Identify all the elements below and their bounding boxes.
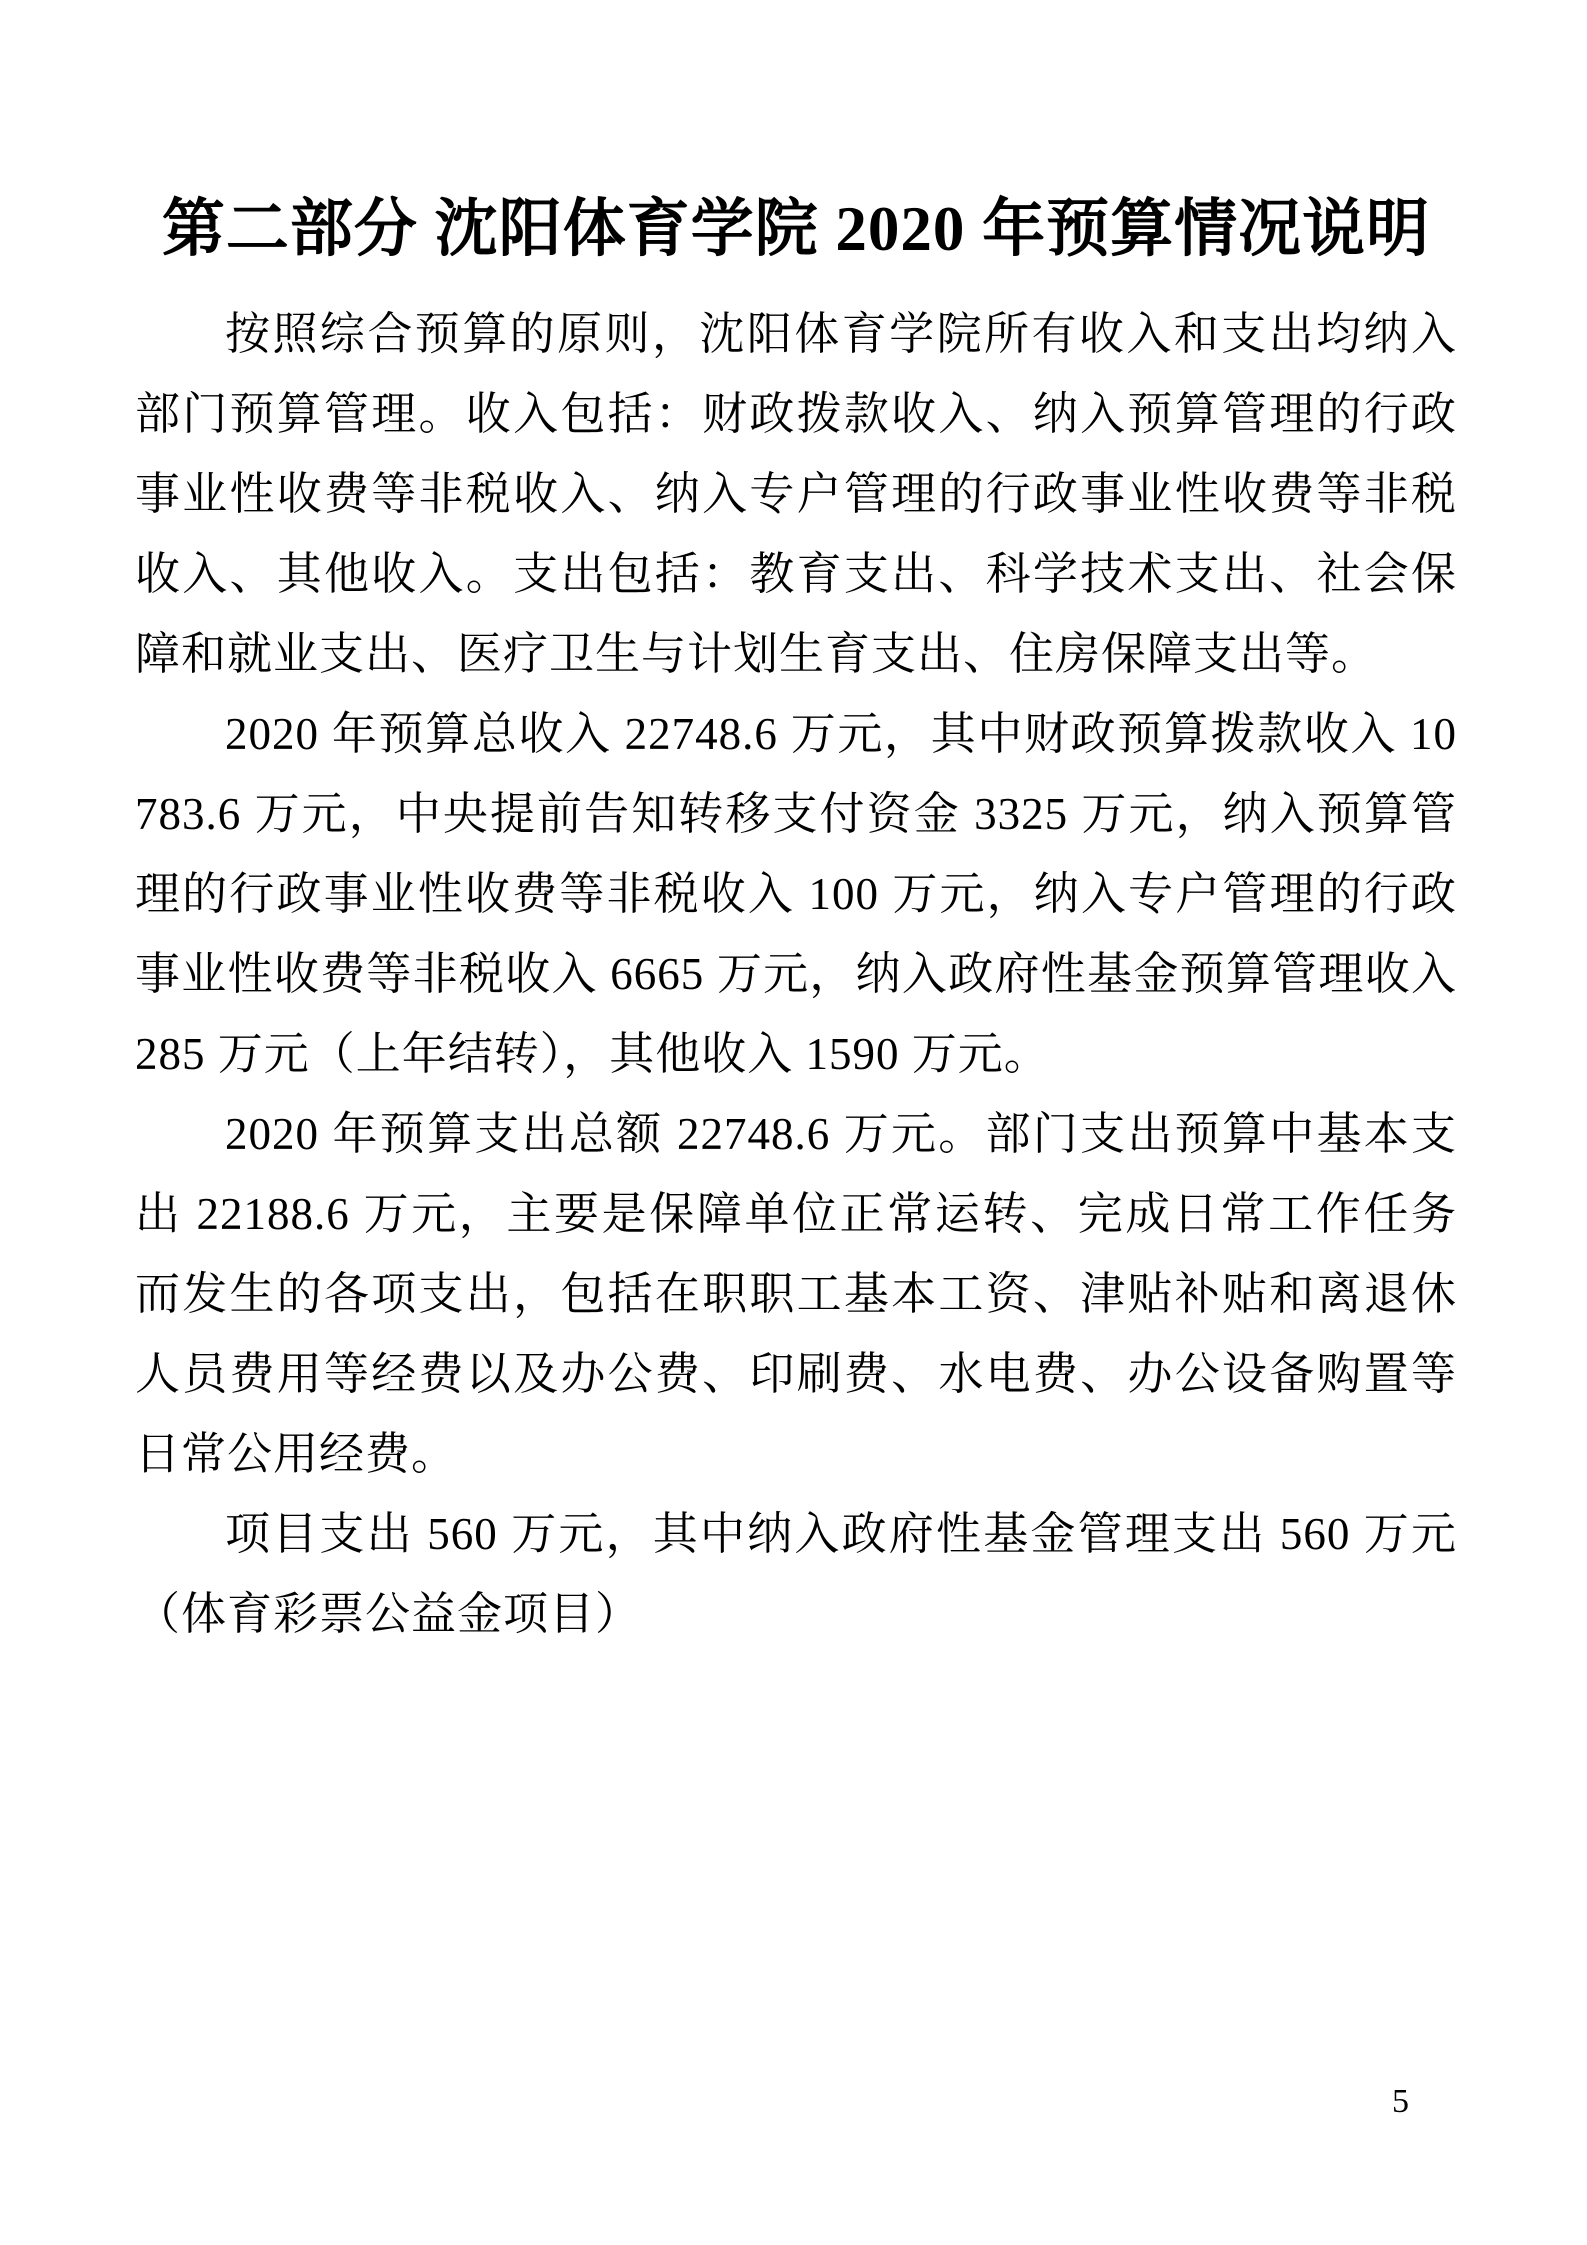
paragraph-budget-expenditure: 2020 年预算支出总额 22748.6 万元。部门支出预算中基本支出 2218… [135, 1094, 1457, 1494]
document-content: 第二部分 沈阳体育学院 2020 年预算情况说明 按照综合预算的原则，沈阳体育学… [135, 0, 1457, 1654]
document-page: 第二部分 沈阳体育学院 2020 年预算情况说明 按照综合预算的原则，沈阳体育学… [0, 0, 1587, 2245]
paragraph-budget-overview: 按照综合预算的原则，沈阳体育学院所有收入和支出均纳入部门预算管理。收入包括：财政… [135, 294, 1457, 694]
page-number: 5 [1392, 2082, 1409, 2122]
paragraph-budget-revenue: 2020 年预算总收入 22748.6 万元，其中财政预算拨款收入 10783.… [135, 694, 1457, 1094]
paragraph-project-expenditure: 项目支出 560 万元，其中纳入政府性基金管理支出 560 万元（体育彩票公益金… [135, 1494, 1457, 1654]
document-title: 第二部分 沈阳体育学院 2020 年预算情况说明 [135, 186, 1457, 272]
